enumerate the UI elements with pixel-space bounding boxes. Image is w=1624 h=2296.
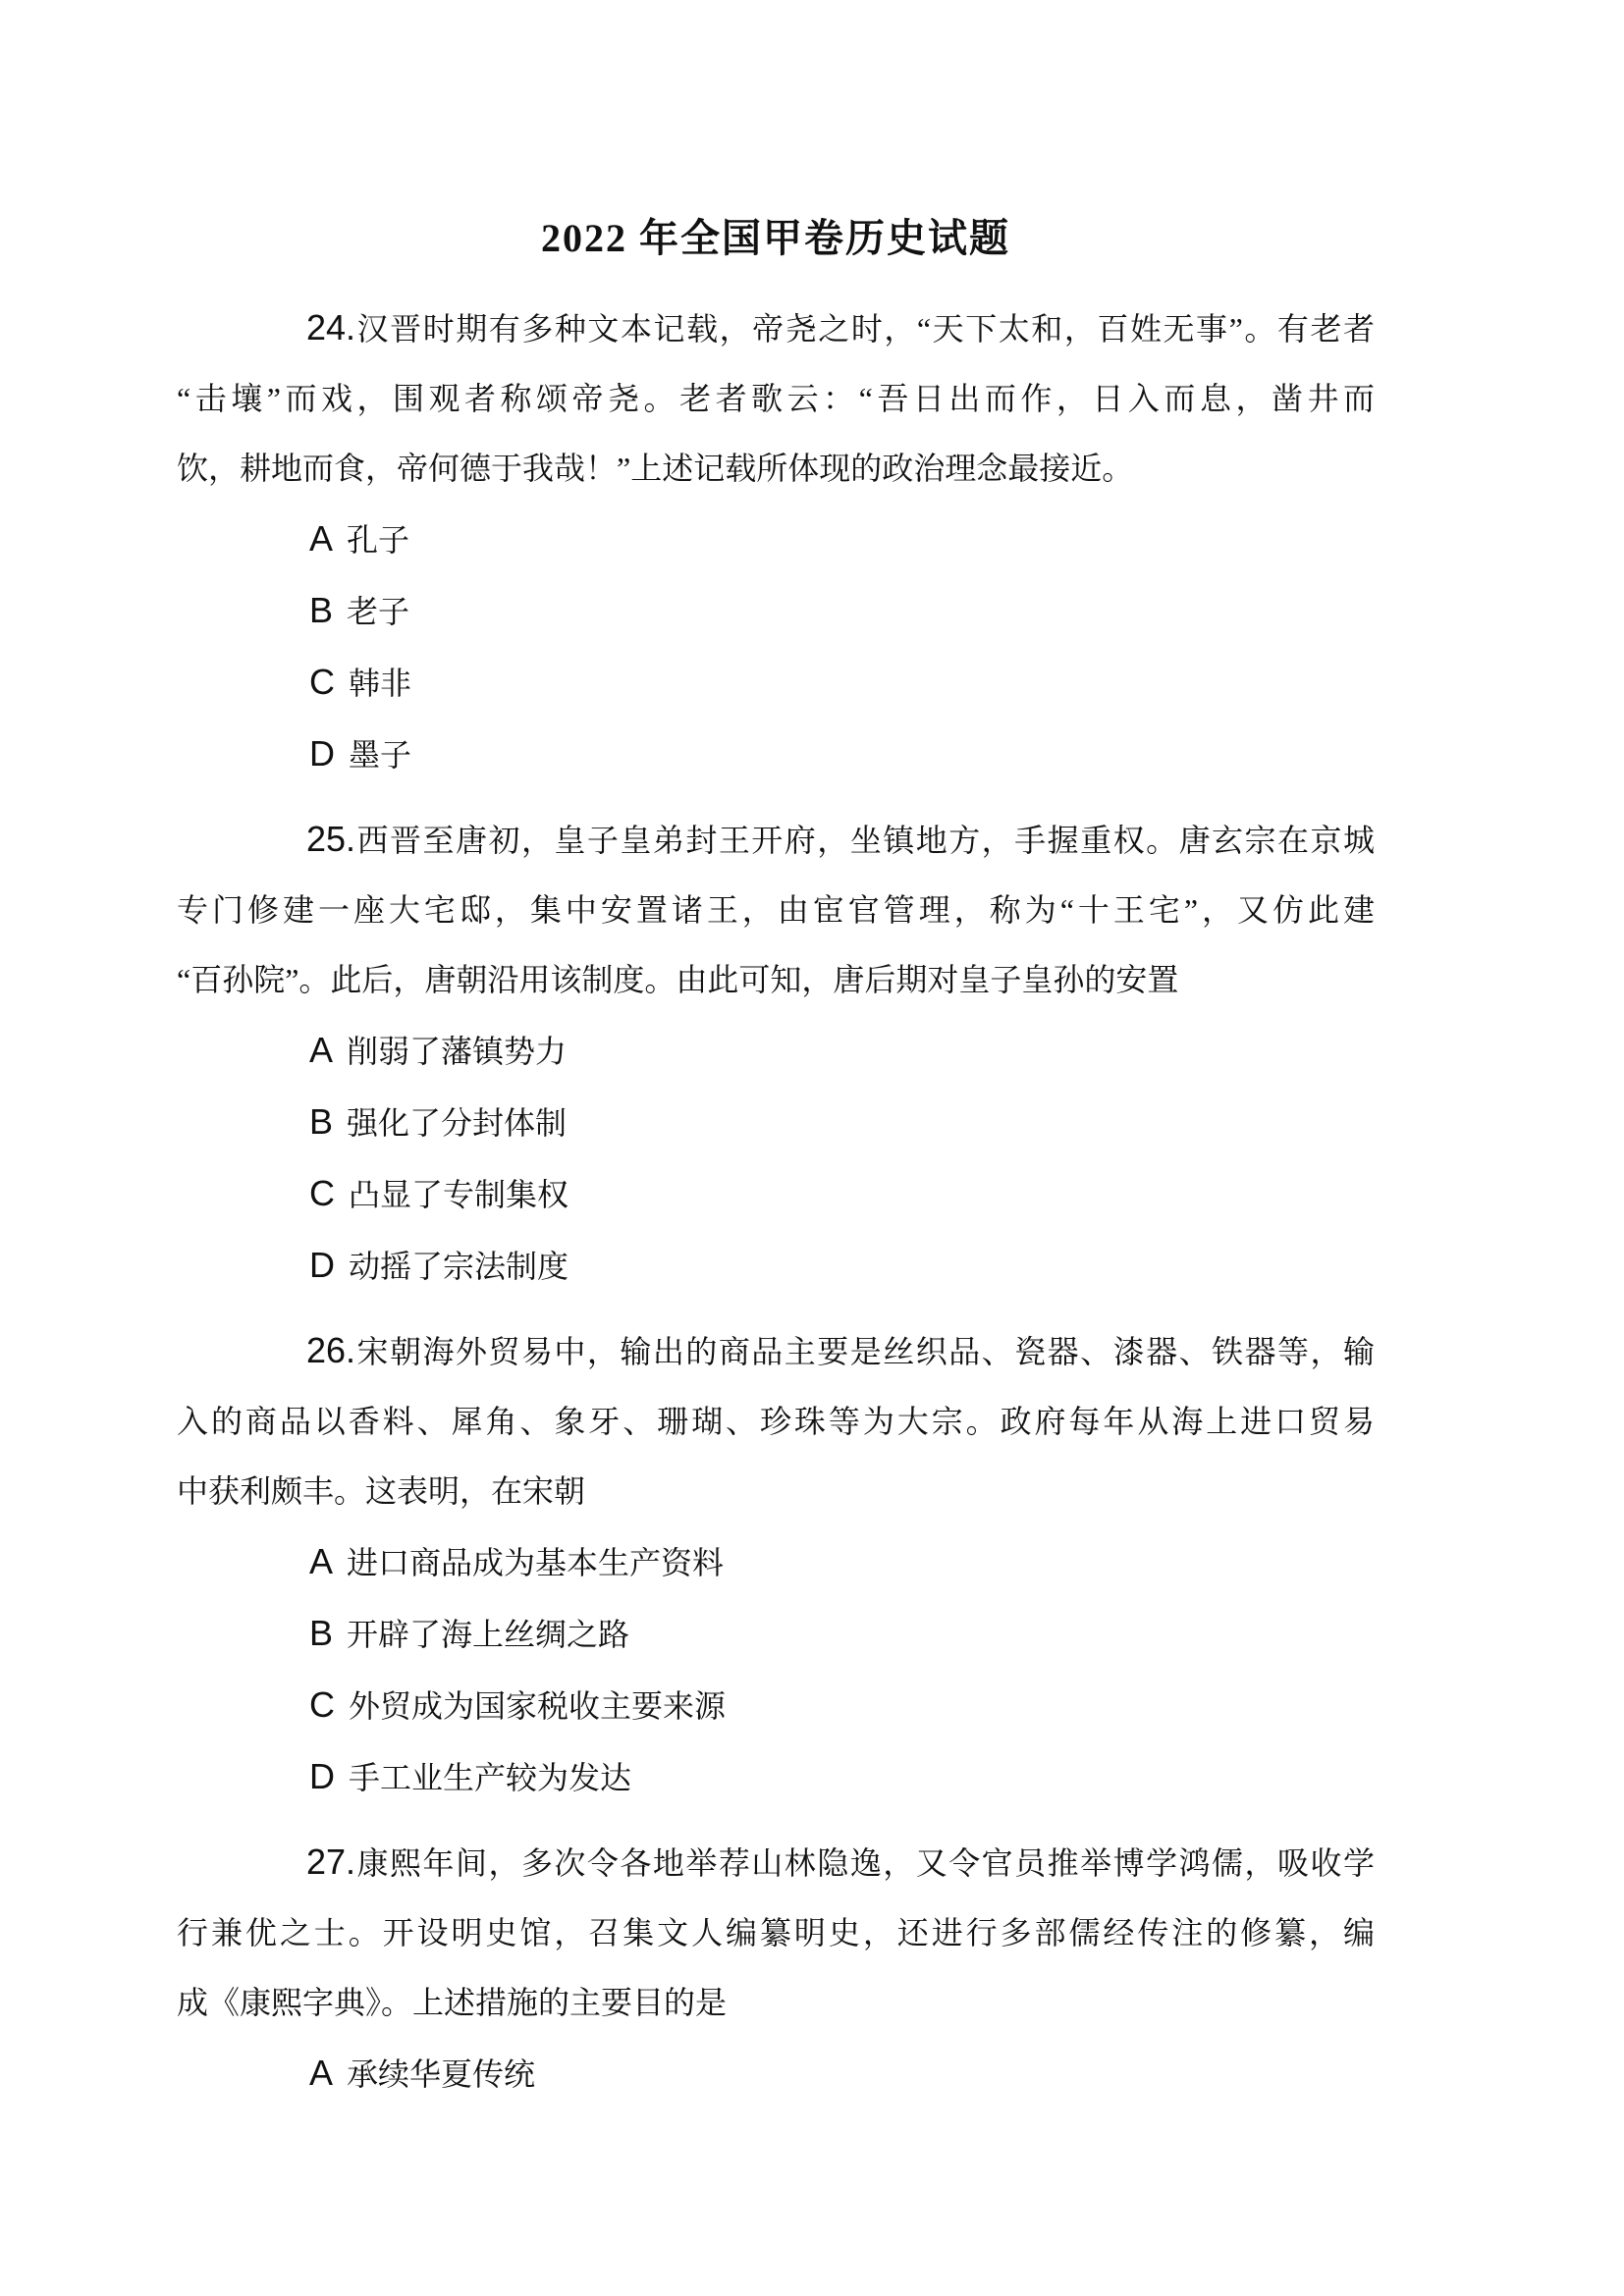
option-label: B	[309, 1613, 333, 1653]
option-text: 手工业生产较为发达	[349, 1760, 631, 1795]
stem-text: 汉晋时期有多种文本记载，帝尧之时，“天下太和，百姓无事”。有老者	[355, 311, 1375, 347]
option-text: 老子	[347, 594, 409, 629]
option-row-a: A孔子	[177, 504, 1375, 575]
option-label: A	[309, 518, 333, 559]
exam-content: 2022 年全国甲卷历史试题 24.汉晋时期有多种文本记载，帝尧之时，“天下太和…	[0, 211, 1624, 2109]
question-stem-line: “百孙院”。此后，唐朝沿用该制度。由此可知，唐后期对皇子皇孙的安置	[177, 945, 1375, 1015]
question-24: 24.汉晋时期有多种文本记载，帝尧之时，“天下太和，百姓无事”。有老者 “击壤”…	[177, 293, 1375, 790]
option-row-b: B强化了分封体制	[177, 1087, 1375, 1158]
option-row-c: C外贸成为国家税收主要来源	[177, 1670, 1375, 1741]
option-text: 削弱了藩镇势力	[347, 1034, 567, 1069]
option-text: 动摇了宗法制度	[349, 1249, 568, 1284]
option-label: A	[309, 2053, 333, 2093]
option-row-b: B老子	[177, 575, 1375, 647]
option-row-a: A进口商品成为基本生产资料	[177, 1526, 1375, 1598]
question-stem-line: 专门修建一座大宅邸，集中安置诸王，由宦官管理，称为“十王宅”，又仿此建	[177, 876, 1375, 945]
question-stem-line: 27.康熙年间，多次令各地举荐山林隐逸，又令官员推举博学鸿儒，吸收学	[177, 1827, 1375, 1898]
option-label: C	[309, 1684, 335, 1725]
option-label: D	[309, 1756, 335, 1796]
question-27: 27.康熙年间，多次令各地举荐山林隐逸，又令官员推举博学鸿儒，吸收学 行兼优之士…	[177, 1827, 1375, 2109]
option-label: D	[309, 733, 335, 774]
question-stem-line: 行兼优之士。开设明史馆，召集文人编纂明史，还进行多部儒经传注的修纂，编	[177, 1898, 1375, 1968]
option-row-c: C凸显了专制集权	[177, 1158, 1375, 1230]
exam-title: 2022 年全国甲卷历史试题	[177, 211, 1375, 266]
option-label: C	[309, 662, 335, 702]
option-text: 承续华夏传统	[347, 2056, 535, 2092]
option-row-a: A削弱了藩镇势力	[177, 1015, 1375, 1087]
question-stem-line: 24.汉晋时期有多种文本记载，帝尧之时，“天下太和，百姓无事”。有老者	[177, 293, 1375, 364]
option-label: B	[309, 590, 333, 630]
option-text: 强化了分封体制	[347, 1105, 567, 1141]
question-25: 25.西晋至唐初，皇子皇弟封王开府，坐镇地方，手握重权。唐玄宗在京城 专门修建一…	[177, 804, 1375, 1302]
option-text: 孔子	[347, 522, 409, 558]
option-text: 外贸成为国家税收主要来源	[349, 1688, 726, 1724]
question-number: 24.	[306, 307, 355, 347]
option-label: A	[309, 1541, 333, 1581]
option-text: 墨子	[349, 737, 411, 773]
option-label: C	[309, 1173, 335, 1213]
question-number: 25.	[306, 819, 355, 859]
option-label: A	[309, 1030, 333, 1070]
question-stem-line: “击壤”而戏，围观者称颂帝尧。老者歌云：“吾日出而作，日入而息，凿井而	[177, 364, 1375, 434]
option-row-d: D动摇了宗法制度	[177, 1230, 1375, 1302]
option-text: 开辟了海上丝绸之路	[347, 1617, 629, 1652]
option-row-c: C韩非	[177, 647, 1375, 719]
stem-text: 康熙年间，多次令各地举荐山林隐逸，又令官员推举博学鸿儒，吸收学	[355, 1845, 1375, 1881]
exam-page: 2022 年全国甲卷历史试题 24.汉晋时期有多种文本记载，帝尧之时，“天下太和…	[0, 0, 1624, 2296]
question-26: 26.宋朝海外贸易中，输出的商品主要是丝织品、瓷器、漆器、铁器等，输 入的商品以…	[177, 1315, 1375, 1813]
option-row-b: B开辟了海上丝绸之路	[177, 1598, 1375, 1670]
question-stem-line: 中获利颇丰。这表明，在宋朝	[177, 1457, 1375, 1526]
option-label: D	[309, 1245, 335, 1285]
option-text: 凸显了专制集权	[349, 1177, 568, 1212]
option-text: 韩非	[349, 666, 411, 701]
question-stem-line: 25.西晋至唐初，皇子皇弟封王开府，坐镇地方，手握重权。唐玄宗在京城	[177, 804, 1375, 876]
stem-text: 西晋至唐初，皇子皇弟封王开府，坐镇地方，手握重权。唐玄宗在京城	[355, 823, 1375, 858]
option-row-d: D手工业生产较为发达	[177, 1741, 1375, 1813]
question-stem-line: 成《康熙字典》。上述措施的主要目的是	[177, 1968, 1375, 2038]
question-stem-line: 26.宋朝海外贸易中，输出的商品主要是丝织品、瓷器、漆器、铁器等，输	[177, 1315, 1375, 1387]
question-stem-line: 入的商品以香料、犀角、象牙、珊瑚、珍珠等为大宗。政府每年从海上进口贸易	[177, 1387, 1375, 1457]
option-label: B	[309, 1101, 333, 1142]
option-row-d: D墨子	[177, 719, 1375, 790]
question-stem-line: 饮，耕地而食，帝何德于我哉！”上述记载所体现的政治理念最接近。	[177, 434, 1375, 504]
stem-text: 宋朝海外贸易中，输出的商品主要是丝织品、瓷器、漆器、铁器等，输	[355, 1334, 1375, 1369]
option-row-a: A承续华夏传统	[177, 2038, 1375, 2109]
option-text: 进口商品成为基本生产资料	[347, 1545, 724, 1580]
question-number: 27.	[306, 1842, 355, 1882]
question-number: 26.	[306, 1330, 355, 1370]
